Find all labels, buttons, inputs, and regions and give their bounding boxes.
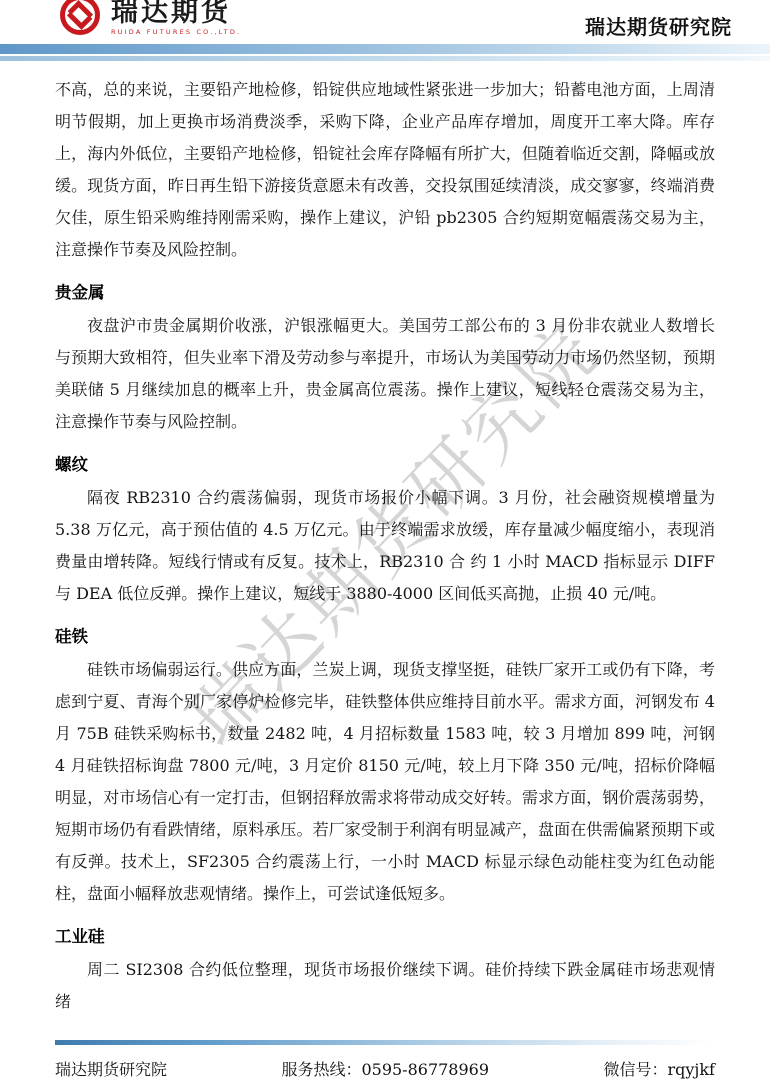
section-heading-industrial-silicon: 工业硅 [55, 926, 715, 948]
section-heading-rebar: 螺纹 [55, 454, 715, 476]
footer-rule [55, 1040, 715, 1045]
section-body-rebar: 隔夜 RB2310 合约震荡偏弱，现货市场报价小幅下调。3 月份，社会融资规模增… [55, 482, 715, 610]
footer-wechat: 微信号：rqyjkf [603, 1057, 715, 1080]
footer-info-row: 瑞达期货研究院 服务热线：0595-86778969 微信号：rqyjkf [55, 1057, 715, 1080]
section-body-ferrosilicon: 硅铁市场偏弱运行。供应方面，兰炭上调，现货支撑坚挺，硅铁厂家开工或仍有下降，考虑… [55, 654, 715, 910]
footer-hotline: 服务热线：0595-86778969 [281, 1057, 489, 1080]
ruida-logo-icon [55, 0, 105, 42]
header-rule-main [0, 44, 770, 54]
section-body-industrial-silicon: 周二 SI2308 合约低位整理，现货市场报价继续下调。硅价持续下跌金属硅市场悲… [55, 954, 715, 1018]
logo-brand-name: 瑞达期货 [111, 0, 241, 26]
logo-text-block: 瑞达期货 RUIDA FUTURES CO.,LTD. [111, 0, 241, 35]
report-body: 不高，总的来说，主要铅产地检修，铅锭供应地域性紧张进一步加大；铅蓄电池方面，上周… [0, 61, 770, 1018]
footer-institute: 瑞达期货研究院 [55, 1057, 167, 1080]
section-body-precious-metals: 夜盘沪市贵金属期价收涨，沪银涨幅更大。美国劳工部公布的 3 月份非农就业人数增长… [55, 310, 715, 438]
company-logo: 瑞达期货 RUIDA FUTURES CO.,LTD. [55, 0, 241, 42]
report-page: 瑞达期货 RUIDA FUTURES CO.,LTD. 瑞达期货研究院 瑞达期货… [0, 0, 770, 1090]
lead-paragraph: 不高，总的来说，主要铅产地检修，铅锭供应地域性紧张进一步加大；铅蓄电池方面，上周… [55, 74, 715, 266]
page-footer: 瑞达期货研究院 服务热线：0595-86778969 微信号：rqyjkf [0, 1032, 770, 1090]
institute-title: 瑞达期货研究院 [585, 11, 732, 42]
page-header: 瑞达期货 RUIDA FUTURES CO.,LTD. 瑞达期货研究院 [0, 0, 770, 44]
logo-english-name: RUIDA FUTURES CO.,LTD. [111, 29, 241, 36]
section-heading-precious-metals: 贵金属 [55, 282, 715, 304]
section-heading-ferrosilicon: 硅铁 [55, 626, 715, 648]
